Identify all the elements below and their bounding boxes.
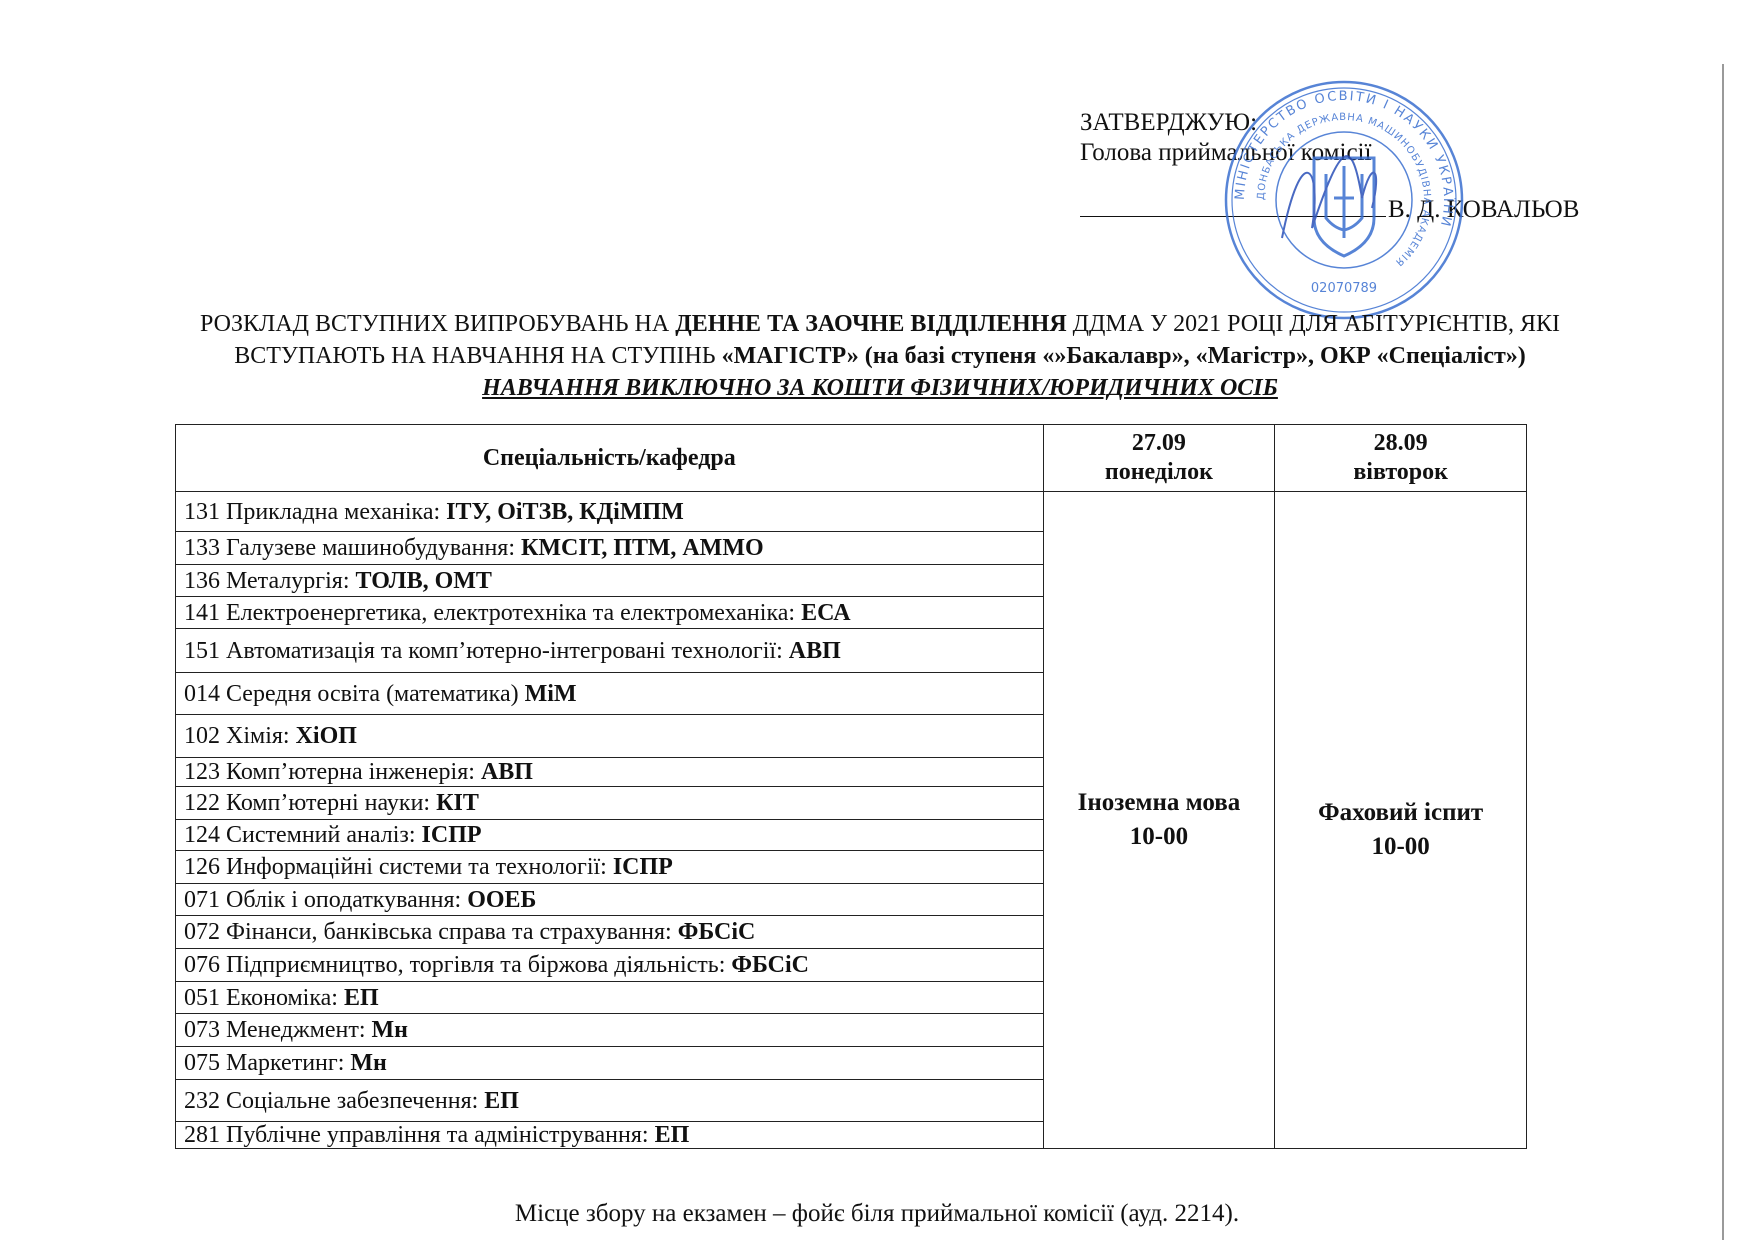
department-code: ЕП [344, 985, 379, 1011]
specialty-name: 141 Електроенергетика, електротехніка та… [184, 600, 801, 626]
specialty-name: 232 Соціальне забезпечення: [184, 1088, 484, 1114]
department-code: АВП [481, 759, 533, 785]
document-title: РОЗКЛАД ВСТУПНИХ ВИПРОБУВАНЬ НА ДЕННЕ ТА… [60, 308, 1700, 404]
specialty-cell: 075 Маркетинг: Мн [176, 1047, 1044, 1080]
specialty-name: 051 Економіка: [184, 985, 344, 1011]
header-day-1: 27.09понеділок [1043, 425, 1275, 492]
approval-block: ЗАТВЕРДЖУЮ: Голова приймальної комісії В… [1080, 108, 1579, 225]
specialty-name: 122 Комп’ютерні науки: [184, 790, 436, 816]
department-code: ЕП [484, 1088, 519, 1114]
approval-heading: ЗАТВЕРДЖУЮ: [1080, 108, 1579, 138]
specialty-cell: 123 Комп’ютерна інженерія: АВП [176, 758, 1044, 787]
title-line-3: НАВЧАННЯ ВИКЛЮЧНО ЗА КОШТИ ФІЗИЧНИХ/ЮРИД… [60, 372, 1700, 404]
department-code: ФБСіС [678, 919, 756, 945]
department-code: ФБСіС [731, 952, 809, 978]
department-code: ТОЛВ, ОМТ [356, 568, 492, 594]
specialty-cell: 131 Прикладна механіка: ІТУ, ОіТЗВ, КДіМ… [176, 492, 1044, 532]
specialty-cell: 076 Підприємництво, торгівля та біржова … [176, 949, 1044, 982]
specialty-name: 014 Середня освіта (математика) [184, 681, 525, 707]
title-line-1: РОЗКЛАД ВСТУПНИХ ВИПРОБУВАНЬ НА ДЕННЕ ТА… [60, 308, 1700, 340]
exam-cell-day-1: Іноземна мова10-00 [1043, 492, 1275, 1149]
header-specialty: Спеціальність/кафедра [176, 425, 1044, 492]
specialty-cell: 072 Фінанси, банківська справа та страху… [176, 916, 1044, 949]
department-code: КМСІТ, ПТМ, АММО [521, 535, 764, 561]
specialty-name: 136 Металургія: [184, 568, 356, 594]
specialty-cell: 281 Публічне управління та адмініструван… [176, 1122, 1044, 1149]
schedule-table: Спеціальність/кафедра 27.09понеділок 28.… [175, 424, 1527, 1149]
specialty-cell: 126 Информаційні системи та технології: … [176, 851, 1044, 884]
department-code: Мн [350, 1050, 386, 1076]
specialty-name: 151 Автоматизація та комп’ютерно-інтегро… [184, 638, 789, 664]
specialty-cell: 051 Економіка: ЕП [176, 982, 1044, 1014]
specialty-name: 076 Підприємництво, торгівля та біржова … [184, 952, 731, 978]
svg-text:02070789: 02070789 [1311, 281, 1377, 296]
department-code: ООЕБ [467, 887, 536, 913]
specialty-cell: 136 Металургія: ТОЛВ, ОМТ [176, 565, 1044, 597]
specialty-name: 124 Системний аналіз: [184, 822, 422, 848]
department-code: ІСПР [422, 822, 482, 848]
signature-line [1080, 194, 1386, 217]
exam-time: 10-00 [1283, 830, 1518, 864]
department-code: ХіОП [296, 723, 357, 749]
scan-edge-line [1722, 64, 1724, 1240]
department-code: ЕП [655, 1122, 690, 1148]
specialty-cell: 122 Комп’ютерні науки: КІТ [176, 787, 1044, 820]
exam-subject: Фаховий іспит [1283, 796, 1518, 830]
specialty-cell: 141 Електроенергетика, електротехніка та… [176, 597, 1044, 629]
department-code: КІТ [436, 790, 479, 816]
exam-cell-day-2: Фаховий іспит10-00 [1275, 492, 1527, 1149]
department-code: АВП [789, 638, 841, 664]
specialty-name: 071 Облік і оподаткування: [184, 887, 467, 913]
department-code: ІСПР [613, 854, 673, 880]
signature-row: В. Д. КОВАЛЬОВ [1080, 194, 1579, 225]
specialty-cell: 133 Галузеве машинобудування: КМСІТ, ПТМ… [176, 532, 1044, 565]
specialty-name: 281 Публічне управління та адмініструван… [184, 1122, 655, 1148]
specialty-name: 075 Маркетинг: [184, 1050, 350, 1076]
approval-role: Голова приймальної комісії [1080, 138, 1579, 168]
meeting-place-note: Місце збору на екзамен – фойє біля прийм… [0, 1200, 1754, 1228]
specialty-cell: 232 Соціальне забезпечення: ЕП [176, 1080, 1044, 1122]
specialty-cell: 102 Хімія: ХіОП [176, 715, 1044, 758]
specialty-cell: 073 Менеджмент: Мн [176, 1014, 1044, 1047]
department-code: ІТУ, ОіТЗВ, КДіМПМ [446, 499, 684, 525]
exam-subject: Іноземна мова [1052, 786, 1267, 820]
specialty-cell: 151 Автоматизація та комп’ютерно-інтегро… [176, 629, 1044, 673]
specialty-name: 131 Прикладна механіка: [184, 499, 446, 525]
department-code: ЕСА [801, 600, 850, 626]
specialty-cell: 014 Середня освіта (математика) МіМ [176, 673, 1044, 715]
title-line-2: ВСТУПАЮТЬ НА НАВЧАННЯ НА СТУПІНЬ «МАГІСТ… [60, 340, 1700, 372]
specialty-cell: 124 Системний аналіз: ІСПР [176, 820, 1044, 851]
table-row: 131 Прикладна механіка: ІТУ, ОіТЗВ, КДіМ… [176, 492, 1527, 532]
signer-name: В. Д. КОВАЛЬОВ [1388, 196, 1579, 223]
specialty-name: 123 Комп’ютерна інженерія: [184, 759, 481, 785]
department-code: Мн [372, 1017, 408, 1043]
specialty-cell: 071 Облік і оподаткування: ООЕБ [176, 884, 1044, 916]
specialty-name: 102 Хімія: [184, 723, 296, 749]
department-code: МіМ [525, 681, 577, 707]
header-day-2: 28.09вівторок [1275, 425, 1527, 492]
specialty-name: 073 Менеджмент: [184, 1017, 372, 1043]
table-header-row: Спеціальність/кафедра 27.09понеділок 28.… [176, 425, 1527, 492]
specialty-name: 126 Информаційні системи та технології: [184, 854, 613, 880]
exam-time: 10-00 [1052, 820, 1267, 854]
specialty-name: 133 Галузеве машинобудування: [184, 535, 521, 561]
specialty-name: 072 Фінанси, банківська справа та страху… [184, 919, 678, 945]
